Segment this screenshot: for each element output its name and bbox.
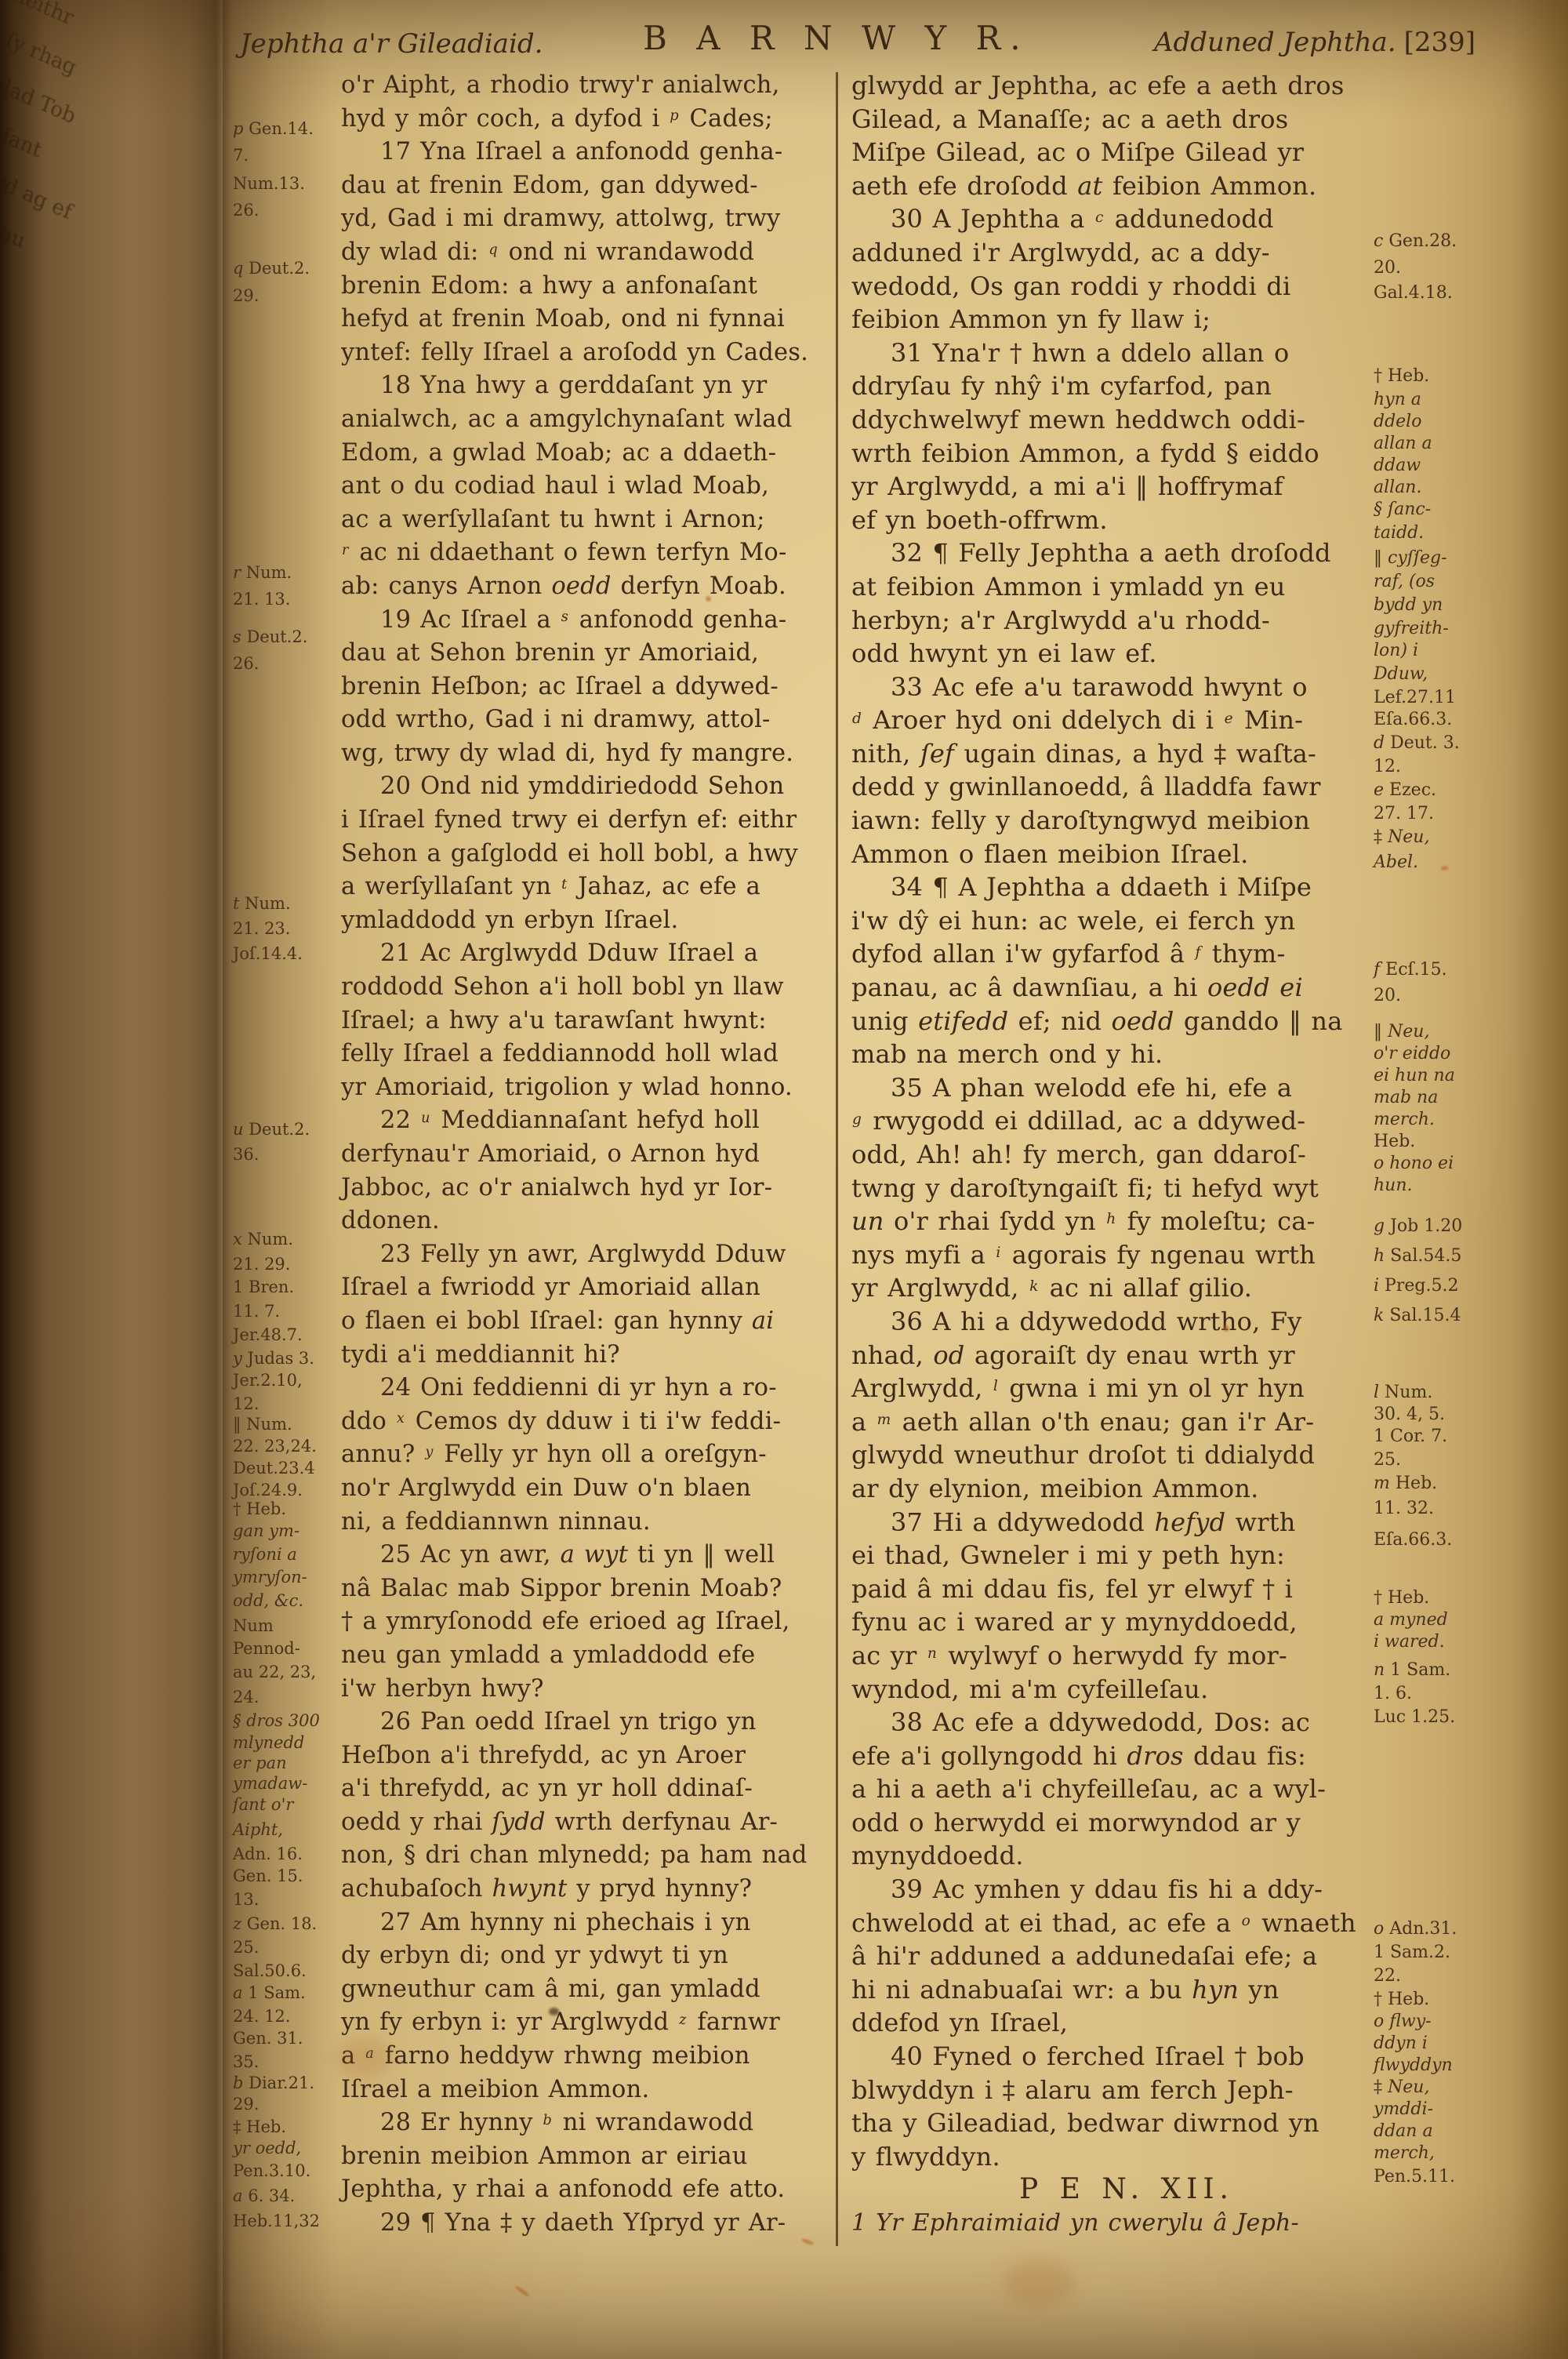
margin-note: ryſoni a (233, 1545, 297, 1564)
paper-stain (1004, 2259, 1074, 2306)
margin-note: 1 Cor. 7. (1374, 1427, 1447, 1446)
text-line: 36 A hi a ddywedodd wrtho, Fy (851, 1305, 1402, 1339)
margin-note: merch, (1374, 2144, 1435, 2163)
margin-note: Joſ.14.4. (233, 944, 303, 963)
text-line: glwydd ar Jephtha, ac efe a aeth dros (851, 69, 1402, 103)
margin-note: m Heb. (1374, 1474, 1437, 1493)
margin-note: ‖ cyſſeg- (1374, 549, 1447, 568)
text-line: wg, trwy dy wlad di, hyd fy mangre. (341, 737, 830, 771)
margin-note: ‖ Neu, (1374, 1023, 1429, 1041)
margin-note: § dros 300 (233, 1711, 320, 1730)
margin-note: Jer.48.7. (233, 1325, 303, 1344)
text-line: ddo x Cemos dy dduw i ti i'w feddi- (341, 1405, 830, 1439)
text-line: 18 Yna hwy a gerddaſant yn yr (341, 369, 830, 403)
text-line: un o'r rhai ſydd yn h fy moleſtu; ca- (851, 1205, 1402, 1238)
text-line: 37 Hi a ddywedodd hefyd wrth (851, 1506, 1402, 1539)
text-line: tha y Gileadiad, bedwar diwrnod yn (851, 2106, 1402, 2140)
text-line: Sehon a gaſglodd ei holl bobl, a hwy (341, 838, 830, 871)
margin-note: Lef.27.11 (1374, 689, 1456, 707)
margin-note: Sal.50.6. (233, 1961, 307, 1980)
text-line: Edom, a gwlad Moab; ac a ddaeth- (341, 437, 830, 471)
margin-note: Jer.2.10, (233, 1371, 303, 1390)
margin-note: mlynedd (233, 1733, 304, 1752)
text-line: Heſbon a'i threfydd, ac yn Aroer (341, 1739, 830, 1773)
margin-note: ymryſon- (233, 1568, 307, 1587)
margin-note: allan. (1374, 478, 1421, 497)
running-header-right-text: Adduned Jephtha. (1154, 27, 1396, 58)
text-line: glwydd wneuthur droſot ti ddialydd (851, 1438, 1402, 1472)
margin-note: ddelo (1374, 413, 1421, 431)
margin-note: 22. 23,24. (233, 1437, 317, 1456)
margin-note: u Deut.2. (233, 1120, 310, 1139)
margin-note: Pen.5.11. (1374, 2168, 1455, 2186)
margin-note: a 1 Sam. (233, 1983, 306, 2002)
text-line: a hi a aeth a'i chyfeilleſau, ac a wyl- (851, 1772, 1402, 1806)
text-line: wedodd, Os gan roddi y rhoddi di (851, 270, 1402, 304)
text-line: ab: canys Arnon oedd derfyn Moab. (341, 570, 830, 604)
text-line: unig etifedd ef; nid oedd ganddo ‖ na (851, 1005, 1402, 1038)
text-line: derfynau'r Amoriaid, o Arnon hyd (341, 1138, 830, 1172)
text-line: yn fy erbyn i: yr Arglwydd z farnwr (341, 2006, 830, 2040)
text-line: Iſrael a meibion Ammon. (341, 2074, 830, 2107)
text-line: mynyddoedd. (851, 1839, 1402, 1873)
margin-note: ſant o'r (233, 1795, 293, 1814)
margin-note: 11. 7. (233, 1302, 280, 1321)
margin-note: b Diar.21. (233, 2074, 314, 2092)
text-line: dy erbyn di; ond yr ydwyt ti yn (341, 1939, 830, 1973)
spine-previous-page: yr ti. mab gwraig † ddieithr3 Yna Jephth… (0, 0, 235, 2359)
margin-note: ymddi- (1374, 2100, 1433, 2119)
text-line: 19 Ac Iſrael a s anfonodd genha- (341, 604, 830, 638)
text-column-left: o'r Aipht, a rhodio trwy'r anialwch,hyd … (341, 69, 830, 2241)
text-line: nys myfi a i agorais fy ngenau wrth (851, 1238, 1402, 1272)
text-line: odd, Ah! ah! fy merch, gan ddaroſ- (851, 1138, 1402, 1172)
text-line: yr Amoriaid, trigolion y wlad honno. (341, 1071, 830, 1105)
text-line: dyfod allan i'w gyfarfod â f thym- (851, 937, 1402, 971)
margin-note: 20. (1374, 259, 1401, 278)
text-line: dy wlad di: q ond ni wrandawodd (341, 236, 830, 270)
text-line: ni, a feddiannwn ninnau. (341, 1506, 830, 1539)
margin-note: ymadaw- (233, 1774, 307, 1793)
text-line: hefyd at frenin Moab, ond ni fynnai (341, 303, 830, 336)
text-line: nâ Balac mab Sippor brenin Moab? (341, 1572, 830, 1606)
margin-note: o'r eiddo (1374, 1045, 1450, 1063)
margin-note: ‖ Num. (233, 1415, 292, 1434)
text-line: 38 Ac efe a ddywedodd, Dos: ac (851, 1706, 1402, 1739)
text-line: roddodd Sehon a'i holl bobl yn llaw (341, 971, 830, 1005)
text-line: 26 Pan oedd Iſrael yn trigo yn (341, 1706, 830, 1739)
margin-note: ‡ Heb. (233, 2117, 286, 2136)
text-line: Iſrael; a hwy a'u tarawſant hwynt: (341, 1005, 830, 1038)
margin-note: q Deut.2. (233, 259, 310, 278)
text-line: odd o herwydd ei morwyndod ar y (851, 1806, 1402, 1840)
margin-note: a 6. 34. (233, 2186, 295, 2205)
text-line: 28 Er hynny b ni wrandawodd (341, 2106, 830, 2140)
margin-note: Heb. (1374, 1132, 1415, 1151)
text-line: Arglwydd, l gwna i mi yn ol yr hyn (851, 1372, 1402, 1405)
margin-note: hun. (1374, 1176, 1413, 1195)
margin-note: c Gen.28. (1374, 232, 1457, 251)
text-line: 39 Ac ymhen y ddau fis hi a ddy- (851, 1873, 1402, 1906)
foxing-spot (514, 2284, 531, 2298)
text-line: r ac ni ddaethant o fewn terfyn Mo- (341, 536, 830, 570)
text-line: ef yn boeth-offrwm. (851, 503, 1402, 537)
text-line: Miſpe Gilead, ac o Miſpe Gilead yr (851, 136, 1402, 169)
text-line: tydi a'i meddiannit hi? (341, 1339, 830, 1372)
text-line: gwneuthur cam â mi, gan ymladd (341, 1973, 830, 2007)
text-line: ac yr n wylwyf o herwydd fy mor- (851, 1639, 1402, 1673)
margin-note: lon) i (1374, 642, 1418, 660)
margin-note: † Heb. (233, 1499, 286, 1518)
margin-note: Num.13. (233, 174, 305, 193)
text-line: 30 A Jephtha a c addunedodd (851, 202, 1402, 236)
margin-note: gan ym- (233, 1521, 299, 1540)
text-line: chwelodd at ei thad, ac efe a o wnaeth (851, 1906, 1402, 1940)
margin-notes-right: c Gen.28.20.Gal.4.18.† Heb.hyn addeloall… (1374, 0, 1565, 2359)
margin-note: r Num. (233, 563, 292, 582)
margin-note: Pennod- (233, 1639, 300, 1658)
margin-notes-left: p Gen.14.7.Num.13.26.q Deut.2.29.r Num.2… (233, 0, 341, 2359)
text-line: ei thad, Gwneler i mi y peth hyn: (851, 1539, 1402, 1572)
margin-note: 11. 32. (1374, 1499, 1434, 1518)
text-line: Jephtha, y rhai a anfonodd efe atto. (341, 2173, 830, 2207)
margin-note: g Job 1.20 (1374, 1217, 1462, 1236)
margin-note: 21. 29. (233, 1255, 290, 1274)
book-page-photo: yr ti. mab gwraig † ddieithr3 Yna Jephth… (0, 0, 1568, 2359)
text-line: ddychwelwyf mewn heddwch oddi- (851, 403, 1402, 437)
text-line: herbyn; a'r Arglwydd a'u rhodd- (851, 604, 1402, 638)
text-line: nhad, od agoraiſt dy enau wrth yr (851, 1339, 1402, 1372)
text-line: 34 ¶ A Jephtha a ddaeth i Miſpe (851, 871, 1402, 904)
margin-note: merch. (1374, 1110, 1435, 1129)
margin-note: 21. 13. (233, 590, 290, 609)
margin-note: f Ecſ.15. (1374, 961, 1447, 980)
text-line: 31 Yna'r † hwn a ddelo allan o (851, 336, 1402, 370)
text-line: a a farno heddyw rhwng meibion (341, 2040, 830, 2074)
margin-note: Deut.23.4 (233, 1459, 315, 1478)
text-line: Iſrael a fwriodd yr Amoriaid allan (341, 1271, 830, 1305)
text-line: Gilead, a Manaſſe; ac a aeth dros (851, 103, 1402, 136)
margin-note: ‡ Neu, (1374, 828, 1429, 847)
margin-note: Dduw, (1374, 665, 1428, 684)
text-line: dau at frenin Edom, gan ddywed- (341, 169, 830, 203)
ink-smudge (549, 2008, 559, 2016)
text-line: o'r Aipht, a rhodio trwy'r anialwch, (341, 69, 830, 103)
text-line: panau, ac â dawnſiau, a hi oedd ei (851, 971, 1402, 1005)
text-line: non, § dri chan mlynedd; pa ham nad (341, 1839, 830, 1873)
text-line: mab na merch ond y hi. (851, 1038, 1402, 1071)
margin-note: raf, (os (1374, 572, 1435, 591)
margin-note: y Judas 3. (233, 1349, 314, 1368)
text-line: odd hwynt yn ei law ef. (851, 637, 1402, 671)
margin-note: gyfreith- (1374, 620, 1449, 638)
text-line: twng y daroſtyngaiſt fi; ti hefyd wyt (851, 1172, 1402, 1205)
foxing-spot (1223, 1325, 1229, 1332)
foxing-spot (706, 596, 711, 602)
margin-note: Eſa.66.3. (1374, 1531, 1452, 1550)
text-line: 23 Felly yn awr, Arglwydd Dduw (341, 1238, 830, 1272)
margin-note: † Heb. (1374, 1990, 1429, 2009)
margin-note: 24. 12. (233, 2007, 290, 2026)
previous-page-text-fragments: yr ti. mab gwraig † ddieithr3 Yna Jephth… (0, 0, 235, 2295)
margin-note: Abel. (1374, 853, 1418, 872)
text-column-right: glwydd ar Jephtha, ac efe a aeth drosGil… (851, 69, 1402, 2241)
margin-note: Num (233, 1616, 274, 1635)
margin-note: 24. (233, 1688, 259, 1707)
margin-note: e Ezec. (1374, 781, 1436, 800)
paper-stain (337, 2039, 392, 2078)
margin-note: Adn. 16. (233, 1845, 303, 1863)
margin-note: Gen. 15. (233, 1866, 303, 1885)
text-line: yr Arglwydd, k ac ni allaf gilio. (851, 1271, 1402, 1305)
margin-note: mab na (1374, 1089, 1438, 1107)
text-line: adduned i'r Arglwydd, ac a ddy- (851, 236, 1402, 270)
margin-note: au 22, 23, (233, 1663, 316, 1681)
margin-note: § ſanc- (1374, 500, 1431, 519)
text-line: oedd y rhai ſydd wrth derfynau Ar- (341, 1806, 830, 1840)
text-line: anialwch, ac a amgylchynaſant wlad (341, 403, 830, 437)
text-line: wyndod, mi a'm cyfeilleſau. (851, 1673, 1402, 1707)
margin-note: 7. (233, 146, 249, 165)
margin-note: n 1 Sam. (1374, 1661, 1450, 1680)
text-line: odd wrtho, Gad i ni dramwy, attol- (341, 703, 830, 737)
margin-note: Pen.3.10. (233, 2161, 310, 2180)
margin-note: l Num. (1374, 1383, 1432, 1402)
text-line: 22 u Meddiannaſant hefyd holl (341, 1104, 830, 1138)
margin-note: t Num. (233, 894, 291, 913)
text-line: 21 Ac Arglwydd Dduw Iſrael a (341, 937, 830, 971)
margin-note: 1 Bren. (233, 1278, 294, 1296)
foxing-spot (1441, 866, 1448, 871)
margin-note: ddaw (1374, 456, 1421, 475)
margin-note: 13. (233, 1890, 259, 1909)
margin-note: a myned (1374, 1611, 1448, 1630)
text-line: efe a'i gollyngodd hi dros ddau fis: (851, 1739, 1402, 1773)
margin-note: Eſa.66.3. (1374, 711, 1452, 729)
text-line: feibion Ammon yn fy llaw i; (851, 303, 1402, 336)
text-line: at feibion Ammon i ymladd yn eu (851, 570, 1402, 604)
text-line: ddonen. (341, 1205, 830, 1238)
margin-note: ddan a (1374, 2122, 1433, 2141)
text-line: † a ymryſonodd efe erioed ag Iſrael, (341, 1605, 830, 1639)
text-line: â hi'r adduned a addunedaſai efe; a (851, 1939, 1402, 1973)
text-line: yntef: felly Iſrael a aroſodd yn Cades. (341, 336, 830, 370)
text-line: yd, Gad i mi dramwy, attolwg, trwy (341, 202, 830, 236)
margin-note: 30. 4, 5. (1374, 1405, 1445, 1424)
text-line: g rwygodd ei ddillad, ac a ddywed- (851, 1104, 1402, 1138)
text-line: annu? y Felly yr hyn oll a oreſgyn- (341, 1438, 830, 1472)
text-line: 20 Ond nid ymddiriedodd Sehon (341, 770, 830, 804)
text-line: neu gan ymladd a ymladdodd efe (341, 1639, 830, 1673)
margin-note: † Heb. (1374, 367, 1429, 386)
text-line: yr Arglwydd, a mi a'i ‖ hoffrymaf (851, 470, 1402, 503)
text-line: dau at Sehon brenin yr Amoriaid, (341, 637, 830, 671)
margin-note: o hono ei (1374, 1154, 1454, 1173)
text-line: brenin Edom: a hwy a anfonaſant (341, 270, 830, 304)
text-line: a werſyllaſant yn t Jahaz, ac efe a (341, 871, 830, 904)
margin-note: 22. (1374, 1967, 1401, 1986)
margin-note: 35. (233, 2052, 259, 2071)
text-line: blwyddyn i ‡ alaru am ferch Jeph- (851, 2074, 1402, 2107)
margin-note: 29. (233, 286, 259, 305)
margin-note: i wared. (1374, 1633, 1445, 1652)
margin-note: z Gen. 18. (233, 1914, 317, 1933)
text-line: wrth feibion Ammon, a fydd § eiddo (851, 437, 1402, 471)
margin-note: ddyn i (1374, 2034, 1428, 2053)
margin-note: 12. (233, 1394, 259, 1413)
text-line: brenin meibion Ammon ar eiriau (341, 2140, 830, 2174)
margin-note: ei hun na (1374, 1067, 1455, 1085)
margin-note: taidd. (1374, 524, 1424, 543)
margin-note: bydd yn (1374, 596, 1443, 615)
margin-note: allan a (1374, 434, 1432, 453)
text-line: Jabboc, ac o'r anialwch hyd yr Ior- (341, 1172, 830, 1205)
text-line: ddryſau fy nhŷ i'm cyfarfod, pan (851, 369, 1402, 403)
text-line: iawn: felly y daroſtyngwyd meibion (851, 804, 1402, 838)
text-line: 33 Ac efe a'u tarawodd hwynt o (851, 671, 1402, 704)
text-line: 27 Am hynny ni phechais i yn (341, 1906, 830, 1940)
margin-note: Aipht, (233, 1820, 283, 1839)
book-title-header: B A R N W Y R. (643, 19, 972, 57)
margin-note: o flwy- (1374, 2012, 1432, 2031)
text-line: no'r Arglwydd ein Duw o'n blaen (341, 1472, 830, 1506)
text-line: ac a werſyllaſant tu hwnt i Arnon; (341, 503, 830, 537)
margin-note: yr oedd, (233, 2139, 301, 2157)
text-line: 29 ¶ Yna ‡ y daeth Yſpryd yr Ar- (341, 2207, 830, 2241)
margin-note: 25. (233, 1938, 259, 1957)
margin-note: Gal.4.18. (1374, 284, 1453, 303)
text-line: felly Iſrael a feddiannodd holl wlad (341, 1038, 830, 1071)
margin-note: o Adn.31. (1374, 1920, 1457, 1939)
text-line: ymladdodd yn erbyn Iſrael. (341, 904, 830, 938)
margin-note: hyn a (1374, 391, 1421, 409)
text-line: i'w dŷ ei hun: ac wele, ei ferch yn (851, 904, 1402, 938)
text-line: aeth efe droſodd at feibion Ammon. (851, 169, 1402, 203)
text-line: brenin Heſbon; ac Iſrael a ddywed- (341, 671, 830, 704)
margin-note: 12. (1374, 758, 1401, 776)
margin-note: er pan (233, 1754, 287, 1772)
text-line: 25 Ac yn awr, a wyt ti yn ‖ well (341, 1539, 830, 1572)
text-line: 17 Yna Iſrael a anfonodd genha- (341, 136, 830, 169)
text-line: a m aeth allan o'th enau; gan i'r Ar- (851, 1405, 1402, 1439)
text-line: 35 A phan welodd efe hi, efe a (851, 1071, 1402, 1105)
margin-note: flwyddyn (1374, 2056, 1453, 2075)
margin-note: p Gen.14. (233, 119, 314, 138)
margin-note: x Num. (233, 1230, 293, 1249)
margin-note: 1 Sam.2. (1374, 1943, 1450, 1962)
text-line: ddefod yn Iſrael, (851, 2006, 1402, 2040)
text-line: P E N. XII. (851, 2173, 1402, 2207)
margin-note: 36. (233, 1145, 259, 1164)
margin-note: 26. (233, 201, 259, 220)
margin-note: 29. (233, 2095, 259, 2114)
margin-note: k Sal.15.4 (1374, 1307, 1461, 1325)
margin-note: 25. (1374, 1451, 1401, 1470)
text-line: 1 Yr Ephraimiaid yn cwerylu â Jeph- (851, 2207, 1402, 2241)
text-line: paid â mi ddau fis, fel yr elwyf † i (851, 1572, 1402, 1606)
text-line: fynu ac i wared ar y mynyddoedd, (851, 1605, 1402, 1639)
text-line: ant o du codiad haul i wlad Moab, (341, 470, 830, 503)
margin-note: Joſ.24.9. (233, 1481, 303, 1499)
margin-note: † Heb. (1374, 1589, 1429, 1608)
margin-note: 26. (233, 654, 259, 673)
margin-note: Gen. 31. (233, 2029, 303, 2048)
text-line: y flwyddyn. (851, 2140, 1402, 2174)
margin-note: i Preg.5.2 (1374, 1277, 1458, 1296)
text-line: ar dy elynion, meibion Ammon. (851, 1472, 1402, 1506)
margin-note: h Sal.54.5 (1374, 1247, 1461, 1266)
text-line: nith, ſef ugain dinas, a hyd ‡ waſta- (851, 737, 1402, 771)
margin-note: Heb.11,32 (233, 2212, 320, 2230)
text-line: i Iſrael fyned trwy ei derfyn ef: eithr (341, 804, 830, 838)
text-line: 24 Oni feddienni di yr hyn a ro- (341, 1372, 830, 1405)
text-line: 32 ¶ Felly Jephtha a aeth droſodd (851, 536, 1402, 570)
margin-note: odd, &c. (233, 1591, 303, 1610)
text-line: hi ni adnabuaſai wr: a bu hyn yn (851, 1973, 1402, 2007)
text-line: hyd y môr coch, a dyfod i p Cades; (341, 103, 830, 136)
text-line: 40 Fyned o ferched Iſrael † bob (851, 2040, 1402, 2074)
margin-note: 27. 17. (1374, 805, 1434, 823)
margin-note: Luc 1.25. (1374, 1708, 1455, 1727)
text-line: Ammon o flaen meibion Iſrael. (851, 838, 1402, 871)
margin-note: s Deut.2. (233, 627, 307, 646)
column-divider-rule (836, 72, 838, 2246)
text-line: o flaen ei bobl Iſrael: gan hynny ai (341, 1305, 830, 1339)
margin-note: 21. 23. (233, 919, 290, 938)
text-line: achubaſoch hwynt y pryd hynny? (341, 1873, 830, 1906)
margin-note: d Deut. 3. (1374, 734, 1460, 753)
text-line: i'w herbyn hwy? (341, 1673, 830, 1707)
text-line: dedd y gwinllanoedd, â lladdfa fawr (851, 770, 1402, 804)
text-line: d Aroer hyd oni ddelych di i e Min- (851, 703, 1402, 737)
text-line: a'i threfydd, ac yn yr holl ddinaſ- (341, 1772, 830, 1806)
margin-note: 20. (1374, 987, 1401, 1005)
margin-note: 1. 6. (1374, 1685, 1412, 1703)
margin-note: ‡ Neu, (1374, 2078, 1429, 2097)
